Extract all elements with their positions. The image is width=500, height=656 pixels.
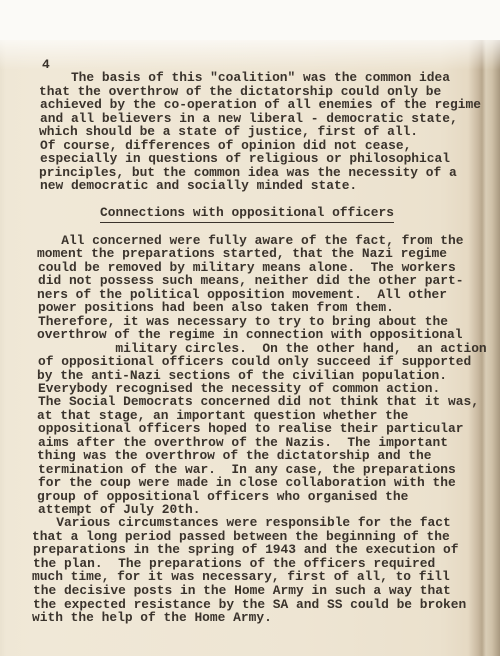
text-line: preparations in the spring of 1943 and t… (33, 543, 458, 556)
text-line: of oppositional officers could only succ… (38, 355, 471, 368)
text-line: that the overthrow of the dictatorship c… (39, 85, 441, 98)
text-line: at that stage, an important question whe… (37, 409, 408, 422)
text-line: ners of the political opposition movemen… (37, 288, 447, 301)
typewritten-page: 4 The basis of this "coalition" was the … (0, 40, 500, 656)
text-line: Everybody recognised the necessity of co… (38, 382, 440, 395)
text-line: principles, but the common idea was the … (39, 166, 457, 179)
text-line: Therefore, it was necessary to try to br… (38, 315, 448, 328)
text-line: which should be a state of justice, firs… (39, 125, 418, 138)
text-line: and all believers in a new liberal - dem… (40, 112, 458, 125)
text-line: new democratic and socially minded state… (40, 179, 357, 192)
text-line: oppositional officers hoped to realise t… (38, 422, 463, 435)
text-line: The Social Democrats concerned did not t… (38, 395, 479, 408)
text-line: aims after the overthrow of the Nazis. T… (38, 436, 448, 449)
text-line: could be removed by military means alone… (38, 261, 456, 274)
text-line: All concerned were fully aware of the fa… (38, 234, 463, 247)
text-line: did not possess such means, neither did … (38, 274, 463, 287)
section-heading: Connections with oppositional officers (100, 205, 394, 223)
text-line: the plan. The preparations of the office… (33, 557, 435, 570)
text-line: for the coup were made in close collabor… (38, 476, 456, 489)
text-line: especially in questions of religious or … (40, 152, 450, 165)
text-line: group of oppositional officers who organ… (37, 490, 408, 503)
text-line: termination of the war. In any case, the… (38, 463, 456, 476)
text-line: the decisive posts in the Home Army in s… (33, 584, 451, 597)
text-line: overthrow of the regime in connection wi… (37, 328, 462, 341)
text-line: moment the preparations started, that th… (37, 247, 447, 260)
text-line: with the help of the Home Army. (32, 611, 272, 624)
text-line: military circles. On the other hand, an … (38, 342, 487, 355)
text-line: Of course, differences of opinion did no… (40, 139, 411, 152)
text-line: that a long period passed between the be… (32, 530, 450, 543)
text-line: much time, for it was necessary, first o… (32, 570, 450, 583)
text-line: by the anti-Nazi sections of the civilia… (37, 369, 447, 382)
text-line: achieved by the co-operation of all enem… (40, 98, 481, 111)
text-line: thing was the overthrow of the dictators… (37, 449, 432, 462)
text-line: the expected resistance by the SA and SS… (33, 598, 466, 611)
text-line: Various circumstances were responsible f… (33, 516, 451, 529)
text-line: The basis of this "coalition" was the co… (40, 71, 450, 84)
text-line: power positions had been also taken from… (38, 301, 394, 314)
